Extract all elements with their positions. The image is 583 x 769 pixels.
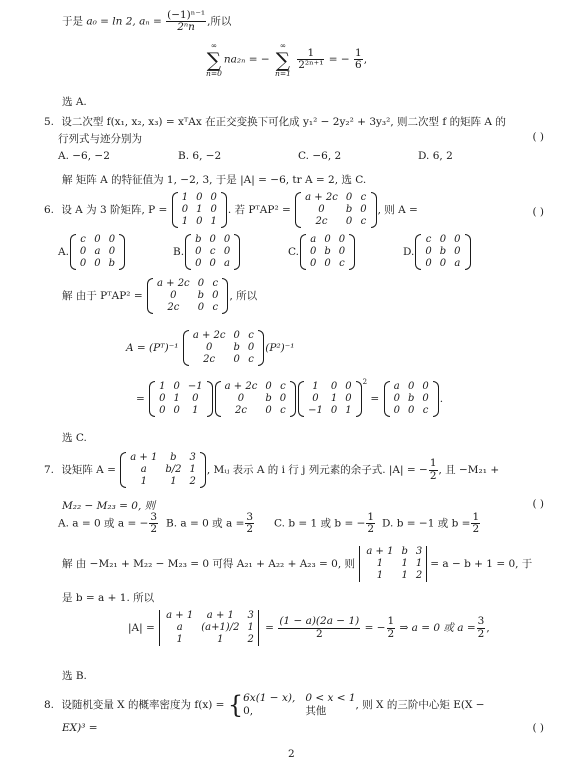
fraction: 16	[354, 48, 363, 71]
sigma-icon: ∑	[275, 50, 291, 70]
answer-blank: ( )	[532, 206, 544, 218]
q6-options: A.c000a000b B.b000c000a C.a000b000c D.c0…	[58, 234, 518, 270]
option-b: B.b000c000a	[173, 234, 288, 270]
q7-answer: 选 B.	[62, 668, 87, 683]
math: na₂ₙ = −	[224, 54, 270, 66]
q6-solution-line1: A = (Pᵀ)⁻¹ a + 2c0c0b02c0c(P²)⁻¹	[126, 330, 295, 366]
option-d: D. 6, 2	[418, 150, 538, 162]
option-a: A. −6, −2	[58, 150, 178, 162]
option-a: A. a = 0 或 a = −32	[58, 512, 166, 535]
question-stem: 设二次型 f(x₁, x₂, x₃) = xᵀAx 在正交变换下可化成 y₁² …	[61, 116, 506, 128]
q6-solution-line2: = 10−1010001a + 2c0c0b02c0c100010−1012 =…	[136, 378, 443, 417]
q6-solution-intro: 解 由于 PᵀAP² = a + 2c0c0b02c0c, 所以	[62, 278, 257, 314]
question-7: 7. 设矩阵 A = a + 1b3ab/21112, Mᵢⱼ 表示 A 的 i…	[44, 452, 544, 488]
denominator: 2²ⁿ⁺¹	[297, 60, 324, 71]
q7-options: A. a = 0 或 a = −32 B. a = 0 或 a =32 C. b…	[58, 512, 490, 535]
question-8: 8. 设随机变量 X 的概率密度为 f(x) = { 6x(1 − x),0 <…	[44, 692, 544, 718]
option-d: D.c000b000a	[403, 234, 518, 270]
option-b: B. a = 0 或 a =32	[166, 512, 274, 535]
fraction: 12²ⁿ⁺¹	[297, 48, 324, 71]
answer-blank: ( )	[532, 722, 544, 734]
page-number: 2	[288, 748, 295, 760]
math: = −	[329, 54, 350, 66]
q7-solution-line1: 解 由 −M₂₁ + M₂₂ − M₂₃ = 0 可得 A₂₁ + A₂₂ + …	[62, 546, 532, 582]
option-a: A.c000a000b	[58, 234, 173, 270]
sigma-icon: ∑	[206, 50, 222, 70]
matrix-M: a + 2c0c0b02c0c	[295, 192, 376, 228]
q7-determinant: |A| = a + 1a + 13a(a+1)/21112 = (1 − a)(…	[128, 610, 490, 646]
answer-blank: ( )	[532, 131, 544, 143]
q5-solution: 解 矩阵 A 的特征值为 1, −2, 3, 于是 |A| = −6, tr A…	[62, 172, 366, 187]
text: 于是	[62, 16, 83, 28]
sum-lower: n=1	[275, 70, 291, 78]
text: ,所以	[207, 16, 231, 28]
q7-solution-line2: 是 b = a + 1. 所以	[62, 590, 154, 605]
answer-blank: ( )	[532, 498, 544, 510]
question-6: 6. 设 A 为 3 阶矩阵, P = 100010101. 若 PᵀAP² =…	[44, 192, 544, 228]
question-number: 6.	[44, 204, 58, 216]
option-d: D. b = −1 或 b =12	[382, 512, 490, 535]
option-c: C.a000b000c	[288, 234, 403, 270]
sum-symbol: ∞∑n=0	[206, 42, 222, 77]
piecewise: { 6x(1 − x),0 < x < 1 0,其他	[228, 692, 356, 718]
q8-stem-line2: EX)³ = ( )	[62, 722, 544, 734]
denominator: 2ⁿn	[166, 22, 206, 33]
q6-answer: 选 C.	[62, 430, 87, 445]
text: ,	[364, 54, 367, 66]
question-5: 5. 设二次型 f(x₁, x₂, x₃) = xᵀAx 在正交变换下可化成 y…	[44, 114, 544, 162]
prev-solution-series: ∞∑n=0na₂ₙ = − ∞∑n=1 12²ⁿ⁺¹ = − 16,	[204, 42, 367, 77]
question-stem: 行列式与迹分别为	[58, 133, 142, 145]
question-stem: . 若 PᵀAP² =	[228, 204, 291, 216]
sum-lower: n=0	[206, 70, 222, 78]
denominator: 6	[354, 60, 363, 71]
math: a₀ = ln 2, aₙ =	[86, 16, 161, 28]
option-c: C. b = 1 或 b = −12	[274, 512, 382, 535]
prev-answer: 选 A.	[62, 94, 87, 109]
question-number: 5.	[44, 116, 58, 128]
option-b: B. 6, −2	[178, 150, 298, 162]
fraction: (−1)ⁿ⁻¹2ⁿn	[166, 10, 206, 33]
question-stem: 设 A 为 3 阶矩阵, P =	[61, 204, 167, 216]
matrix-P: 100010101	[172, 192, 227, 228]
question-stem: , 则 A =	[378, 204, 418, 216]
prev-solution-coefficients: 于是 a₀ = ln 2, aₙ = (−1)ⁿ⁻¹2ⁿn,所以	[62, 10, 231, 33]
sum-symbol: ∞∑n=1	[275, 42, 291, 77]
option-c: C. −6, 2	[298, 150, 418, 162]
